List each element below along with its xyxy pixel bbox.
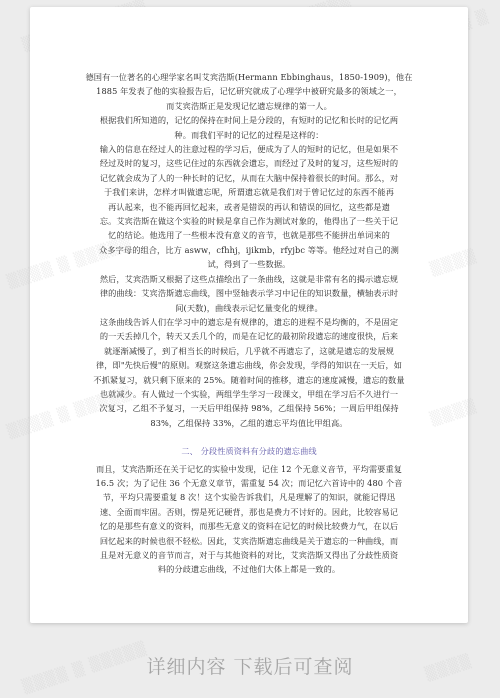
text-line: 而且，艾宾浩斯还在关于记忆的实验中发现，记住 12 个无意义音节，平均需要重复 — [70, 462, 428, 476]
text-line: 回忆起来的时候也很不轻松。因此，艾宾浩斯遗忘曲线是关于遗忘的一种曲线，而 — [70, 534, 428, 548]
section-heading: 二、 分段性质资料有分歧的遗忘曲线 — [70, 444, 428, 458]
paragraph-intro: 德国有一位著名的心理学家名叫艾宾浩斯(Hermann Ebbinghaus，18… — [70, 70, 428, 113]
text-line: 忆的是那些有意义的资料，而那些无意义的资料在记忆的时候比较费力气，在以后 — [70, 519, 428, 533]
text-line: 次复习，乙组不予复习，一天后甲组保持 98%，乙组保持 56%；一周后甲组保持 — [70, 401, 428, 415]
text-line: 德国有一位著名的心理学家名叫艾宾浩斯(Hermann Ebbinghaus，18… — [70, 70, 428, 84]
text-line: 速、全面而牢固。否则，愣是死记硬背，那也是费力不讨好的。因此，比较容易记 — [70, 505, 428, 519]
text-line: 众多字母的组合，比方 asww，cfhhj，ijikmb，rfyjbc 等等。他… — [70, 243, 428, 257]
text-line: 料的分歧遗忘曲线，不过他们大体上都是一致的。 — [70, 562, 428, 576]
text-line: 律的曲线：艾宾浩斯遗忘曲线，图中竖轴表示学习中记住的知识数量，横轴表示时 — [70, 286, 428, 300]
paragraph-curve: 然后，艾宾浩斯又根据了这些点描绘出了一条曲线，这就是非常有名的揭示遗忘规 律的曲… — [70, 272, 428, 315]
text-line: 经过及时的复习，这些记住过的东西就会遗忘，而经过了及时的复习，这些短时的 — [70, 156, 428, 170]
text-line: 也就减少。有人做过一个实验，两组学生学习一段课文，甲组在学习后不久进行一 — [70, 387, 428, 401]
text-line: 1885 年发表了他的实验报告后，记忆研究就成了心理学中被研究最多的领域之一， — [70, 84, 428, 98]
text-line: 试，得到了一些数据。 — [70, 257, 428, 271]
paragraph-section-two: 而且，艾宾浩斯还在关于记忆的实验中发现，记住 12 个无意义音节，平均需要重复 … — [70, 462, 428, 577]
paragraph-memory-types: 根据我们所知道的，记忆的保持在时间上是分段的，有短时的记忆和长时的记忆两 种。而… — [70, 113, 428, 142]
text-line: 16.5 次；为了记住 36 个无意义章节，需重复 54 次；而记忆六首诗中的 … — [70, 476, 428, 490]
document-body: 德国有一位著名的心理学家名叫艾宾浩斯(Hermann Ebbinghaus，18… — [70, 70, 428, 577]
text-line: 再认起来，也不能再回忆起来，或者是错误的再认和错误的回忆，这些都是遗 — [70, 200, 428, 214]
text-line: 的一天丢掉几个，转天又丢几个的，而是在记忆的最初阶段遗忘的速度很快，后来 — [70, 329, 428, 343]
text-line: 这条曲线告诉人们在学习中的遗忘是有规律的，遗忘的进程不是均衡的，不是固定 — [70, 315, 428, 329]
paragraph-curve-explanation: 这条曲线告诉人们在学习中的遗忘是有规律的，遗忘的进程不是均衡的，不是固定 的一天… — [70, 315, 428, 430]
text-line: 间(天数)，曲线表示记忆量变化的规律。 — [70, 301, 428, 315]
text-line: 忆的结论。他选用了一些根本没有意义的音节，也就是那些不能拼出单词来的 — [70, 228, 428, 242]
text-line: 不抓紧复习，就只剩下原来的 25%。随着时间的推移，遗忘的速度减慢，遗忘的数量 — [70, 373, 428, 387]
text-line: 忘。艾宾浩斯在做这个实验的时候是拿自己作为测试对象的，他得出了一些关于记 — [70, 214, 428, 228]
download-caption: 详细内容 下载后可查阅 — [0, 652, 500, 679]
text-line: 且是对无意义的音节而言，对于与其他资料的对比，艾宾浩斯又得出了分歧性质资 — [70, 548, 428, 562]
text-line: 然后，艾宾浩斯又根据了这些点描绘出了一条曲线，这就是非常有名的揭示遗忘规 — [70, 272, 428, 286]
text-line: 而艾宾浩斯正是发现记忆遗忘规律的第一人。 — [70, 99, 428, 113]
text-line: 83%，乙组保持 33%，乙组的遗忘平均值比甲组高。 — [70, 416, 428, 430]
text-line: 就逐渐减慢了，到了相当长的时候后，几乎就不再遗忘了，这就是遗忘的发展规 — [70, 344, 428, 358]
document-page: 德国有一位著名的心理学家名叫艾宾浩斯(Hermann Ebbinghaus，18… — [30, 7, 468, 623]
text-line: 律，即"先快后慢"的原则。观察这条遗忘曲线，你会发现，学得的知识在一天后，如 — [70, 358, 428, 372]
text-line: 记忆就会成为了人的一种长时的记忆，从而在大脑中保持着很长的时间。那么，对 — [70, 171, 428, 185]
text-line: 种。而我们平时的记忆的过程是这样的： — [70, 128, 428, 142]
text-line: 根据我们所知道的，记忆的保持在时间上是分段的，有短时的记忆和长时的记忆两 — [70, 113, 428, 127]
paragraph-forgetting: 输入的信息在经过人的注意过程的学习后，便成为了人的短时的记忆，但是如果不 经过及… — [70, 142, 428, 272]
text-line: 于我们来讲，怎样才叫做遗忘呢，所谓遗忘就是我们对于曾记忆过的东西不能再 — [70, 185, 428, 199]
text-line: 节，平均只需要重复 8 次！这个实验告诉我们，凡是理解了的知识，就能记得迅 — [70, 490, 428, 504]
text-line: 输入的信息在经过人的注意过程的学习后，便成为了人的短时的记忆，但是如果不 — [70, 142, 428, 156]
